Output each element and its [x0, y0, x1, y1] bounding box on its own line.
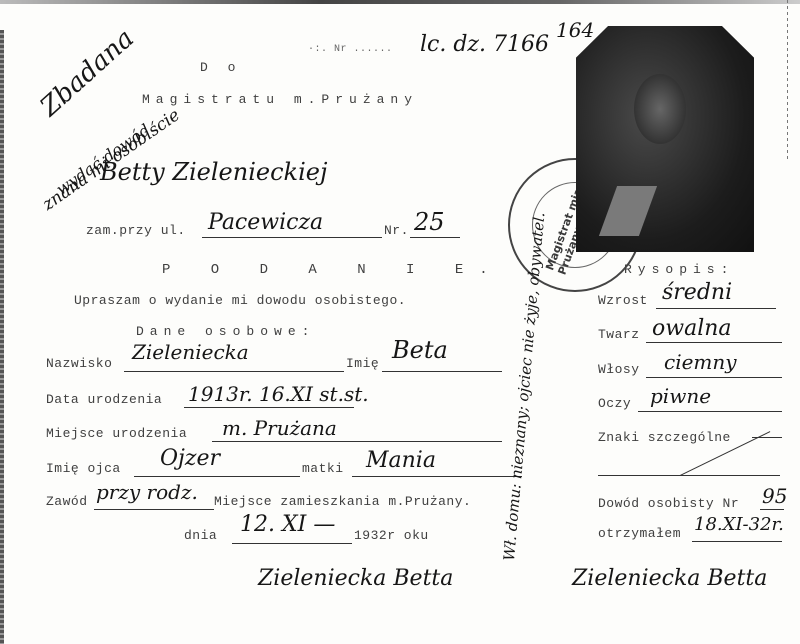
hair-line: [646, 377, 782, 378]
face-line: [646, 342, 782, 343]
first-name-label: Imię: [346, 356, 379, 371]
height-line: [656, 308, 776, 309]
surname-label: Nazwisko: [46, 356, 112, 371]
addressee-do: D o: [200, 60, 241, 75]
occupation-line: [94, 509, 214, 510]
height-value: średni: [662, 280, 732, 305]
signature-right: Zieleniecka Betta: [572, 566, 767, 591]
applicant-name: Betty Zielenieckiej: [100, 158, 327, 186]
mother-label: matki: [302, 461, 344, 476]
occupation-value: przy rodz.: [96, 480, 198, 504]
document-title: P O D A N I E.: [162, 262, 504, 278]
hair-value: ciemny: [664, 350, 737, 374]
occupation-label: Zawód: [46, 494, 88, 509]
height-label: Wzrost: [598, 293, 648, 308]
request-text: Upraszam o wydanie mi dowodu osobistego.: [74, 293, 406, 308]
id-line: [760, 509, 784, 510]
marks-line-2: [598, 475, 780, 476]
face-value: owalna: [652, 316, 732, 341]
received-label: otrzymałem: [598, 526, 681, 541]
eyes-value: piwne: [650, 384, 711, 408]
birth-place-value: m. Prużana: [222, 416, 337, 440]
birth-date-line: [184, 407, 354, 408]
father-label: Imię ojca: [46, 461, 121, 476]
birth-place-label: Miejsce urodzenia: [46, 426, 187, 441]
scan-edge-top: [0, 0, 800, 4]
scanned-document: Zbadana znana mi osobiście wydać dowód ·…: [0, 0, 800, 644]
addressee-magistrat: Magistratu m.Prużany: [142, 92, 418, 107]
surname-line: [124, 371, 344, 372]
street-line: [202, 237, 382, 238]
street-value: Pacewicza: [208, 210, 323, 235]
date-label: dnia: [184, 528, 217, 543]
photo-collar: [599, 186, 657, 236]
father-value: Ojzer: [160, 446, 220, 471]
margin-note-approved: Zbadana: [35, 24, 140, 123]
surname-value: Zieleniecka: [132, 340, 249, 364]
birth-place-line: [212, 441, 502, 442]
eyes-label: Oczy: [598, 396, 631, 411]
eyes-line: [638, 411, 782, 412]
date-line: [232, 543, 352, 544]
residence-label: Miejsce zamieszkania m.Prużany.: [214, 494, 471, 509]
description-heading: Rysopis:: [624, 262, 734, 277]
year-suffix: 1932r oku: [354, 528, 429, 543]
registry-number: lc. dz. 7166: [420, 32, 549, 57]
first-name-line: [382, 371, 502, 372]
hair-label: Włosy: [598, 362, 640, 377]
id-value: 95: [762, 484, 787, 508]
first-name-value: Beta: [392, 336, 448, 364]
id-label: Dowód osobisty Nr: [598, 496, 739, 511]
marks-label: Znaki szczególne: [598, 430, 731, 445]
photo-face: [634, 74, 686, 144]
signature-left: Zieleniecka Betta: [258, 566, 453, 591]
personal-data-heading: Dane osobowe:: [136, 324, 315, 339]
birth-date-value: 1913r. 16.XI st.st.: [188, 382, 369, 406]
received-value: 18.XI-32r.: [694, 514, 784, 535]
registry-stamp-faded: ·:. Nr ......: [308, 44, 393, 55]
face-label: Twarz: [598, 327, 640, 342]
father-line: [134, 476, 300, 477]
date-value: 12. XI —: [240, 512, 335, 537]
portrait-photo: [576, 26, 754, 252]
number-line: [410, 237, 460, 238]
page-number: 164: [556, 18, 594, 42]
mother-value: Mania: [366, 448, 436, 473]
mother-line: [352, 476, 522, 477]
number-value: 25: [414, 208, 445, 236]
birth-date-label: Data urodzenia: [46, 392, 162, 407]
number-label: Nr.: [384, 223, 409, 238]
scan-edge-right: [787, 0, 788, 160]
scan-edge-left: [0, 30, 4, 644]
address-label: zam.przy ul.: [86, 223, 186, 238]
received-line: [692, 541, 782, 542]
